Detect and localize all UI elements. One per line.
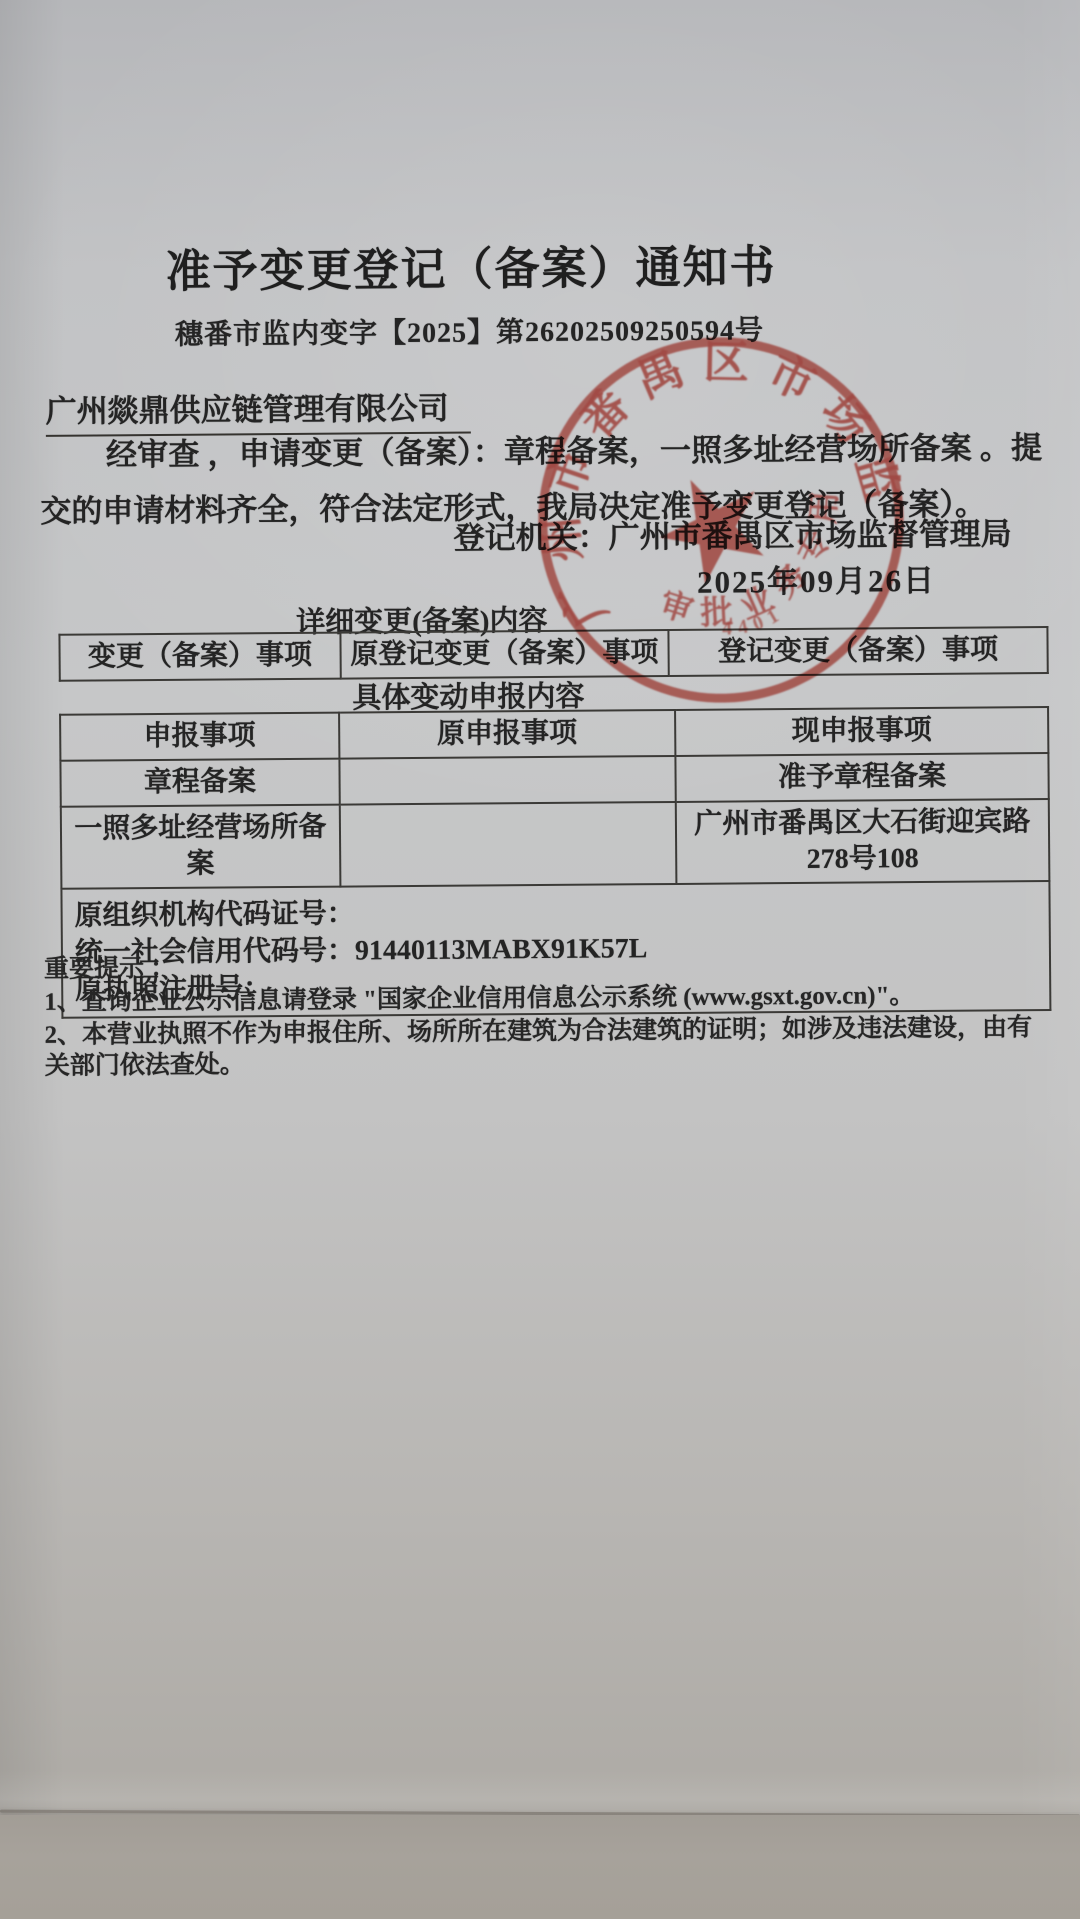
authority-label: 登记机关：: [454, 519, 609, 555]
table-row: 一照多址经营场所备案 广州市番禺区大石街迎宾路278号108: [61, 799, 1050, 889]
table-cell-item: 一照多址经营场所备案: [61, 805, 340, 889]
important-notes: 重要提示 ： 1、查询企业公示信息请登录 "国家企业信用信息公示系统 (www.…: [44, 946, 1050, 1082]
table-row: 申报事项 原申报事项 现申报事项: [60, 707, 1048, 761]
document-number: 穗番市监内变字【2025】第26202509250594号: [0, 307, 972, 355]
table-header-cell: 申报事项: [60, 713, 339, 761]
registration-authority: 登记机关：广州市番禺区市场监督管理局: [41, 508, 1046, 561]
document-title: 准予变更登记（备案）通知书: [0, 229, 974, 302]
table-header-cell: 原登记变更（备案）事项: [340, 630, 669, 679]
paper-fold-highlight: [0, 1770, 1080, 1812]
table-cell-current: 广州市番禺区大石街迎宾路278号108: [676, 799, 1050, 884]
document-content: 准予变更登记（备案）通知书 穗番市监内变字【2025】第262025092505…: [36, 0, 1053, 1504]
table-row: 章程备案 准予章程备案: [60, 753, 1048, 807]
table-cell-original: [340, 802, 677, 887]
note-item: 1、查询企业公示信息请登录 "国家企业信用信息公示系统 (www.gsxt.go…: [44, 979, 1049, 1018]
table-header-cell: 原申报事项: [339, 710, 675, 759]
note-item: 2、本营业执照不作为申报住所、场所所在建筑为合法建筑的证明；如涉及违法建设，由有…: [44, 1012, 1049, 1082]
table-header-cell: 登记变更（备案）事项: [668, 627, 1047, 676]
notes-heading: 重要提示 ：: [44, 946, 1049, 985]
table-header-cell: 现申报事项: [675, 707, 1048, 756]
table-cell-current: 准予章程备案: [675, 753, 1048, 802]
table-cell-original: [339, 756, 675, 805]
photographed-document: 准予变更登记（备案）通知书 穗番市监内变字【2025】第262025092505…: [0, 0, 1080, 1919]
table-surface: [0, 1815, 1080, 1919]
authority-name: 广州市番禺区市场监督管理局: [609, 516, 1012, 554]
table-header-cell: 变更（备案）事项: [59, 633, 340, 681]
table-cell-item: 章程备案: [60, 759, 339, 807]
